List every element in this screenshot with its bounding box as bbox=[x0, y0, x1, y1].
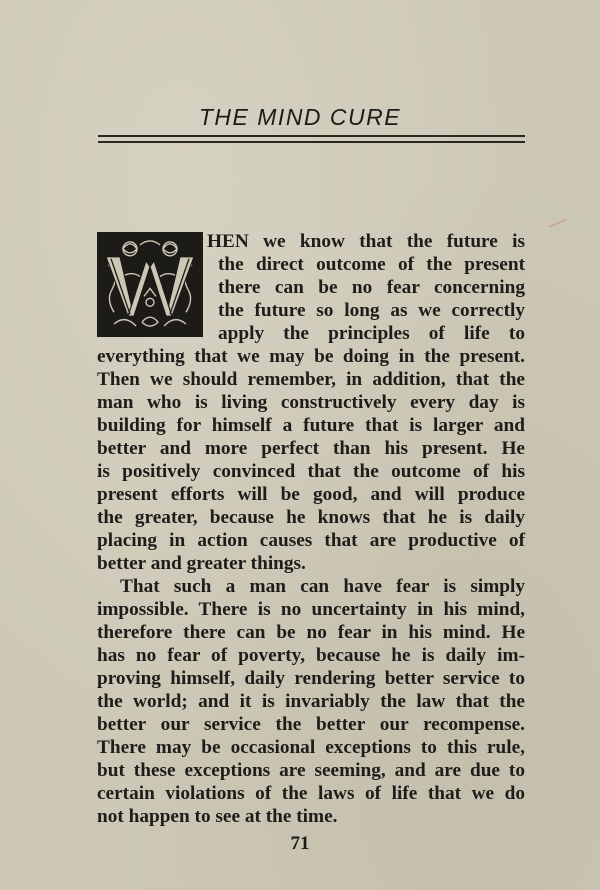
text-line: better and greater things. bbox=[97, 552, 525, 575]
header-rule-top bbox=[98, 135, 525, 137]
text-line: the greater, because he knows that he is… bbox=[97, 506, 525, 529]
text-line: but these exceptions are seeming, and ar… bbox=[97, 759, 525, 782]
text-line: Then we should remember, in addition, th… bbox=[97, 368, 525, 391]
running-head: THE MIND CURE bbox=[0, 104, 600, 131]
page-number: 71 bbox=[0, 833, 600, 855]
text-line: the world; and it is invariably the law … bbox=[97, 690, 525, 713]
text-line: better our service the better our recomp… bbox=[97, 713, 525, 736]
text-line: impossible. There is no uncertainty in h… bbox=[97, 598, 525, 621]
text-line: apply the principles of life to bbox=[218, 322, 525, 345]
text-line: placing in action causes that are produc… bbox=[97, 529, 525, 552]
text-line: present efforts will be good, and will p… bbox=[97, 483, 525, 506]
body-text: HEN we know that the future is the direc… bbox=[97, 230, 525, 828]
text-line: proving himself, daily rendering better … bbox=[97, 667, 525, 690]
text-line: there can be no fear concerning bbox=[218, 276, 525, 299]
text-line: the future so long as we correctly bbox=[218, 299, 525, 322]
text-line: is positively convinced that the outcome… bbox=[97, 460, 525, 483]
text-line: the direct outcome of the present bbox=[218, 253, 525, 276]
text-line: better and more perfect than his present… bbox=[97, 437, 525, 460]
text-line: therefore there can be no fear in his mi… bbox=[97, 621, 525, 644]
text-line: certain violations of the laws of life t… bbox=[97, 782, 525, 805]
text-line: There may be occasional exceptions to th… bbox=[97, 736, 525, 759]
text-line: building for himself a future that is la… bbox=[97, 414, 525, 437]
text-line: not happen to see at the time. bbox=[97, 805, 525, 828]
header-rule-bottom bbox=[98, 141, 525, 143]
text-line: That such a man can have fear is simply bbox=[97, 575, 525, 598]
text-line: man who is living constructively every d… bbox=[97, 391, 525, 414]
text-line: everything that we may be doing in the p… bbox=[97, 345, 525, 368]
text-line: has no fear of poverty, because he is da… bbox=[97, 644, 525, 667]
text-line: HEN we know that the future is bbox=[207, 230, 525, 253]
